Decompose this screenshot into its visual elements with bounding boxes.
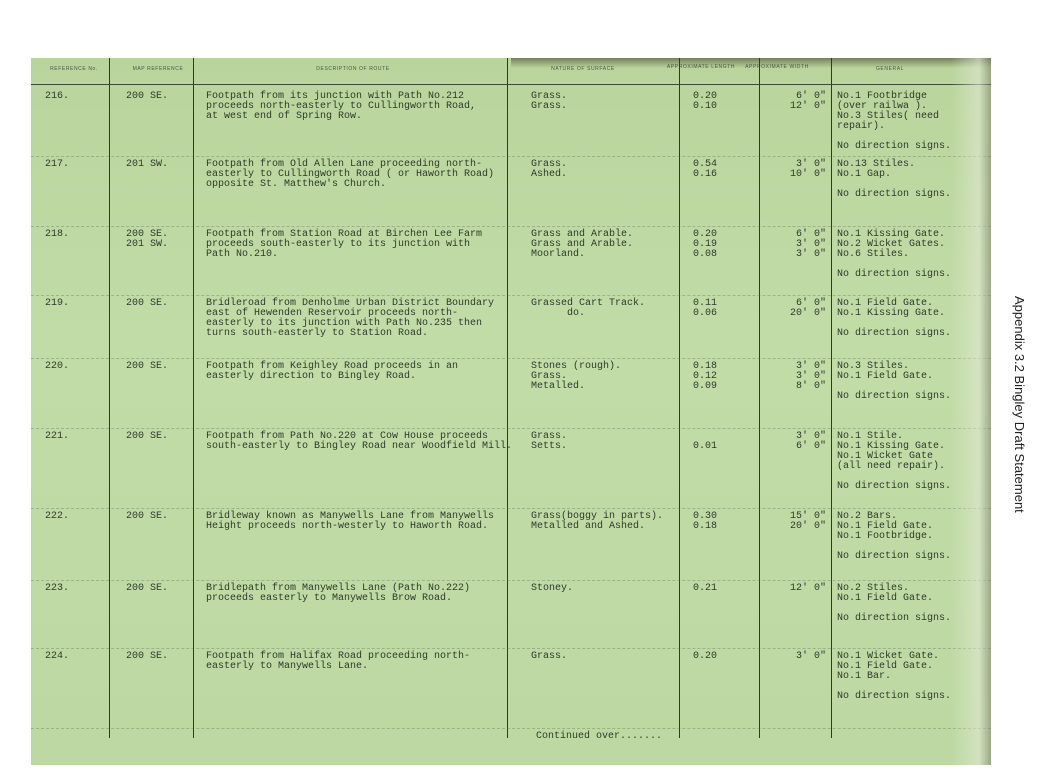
route-description: Bridleway known as Manywells Lane from M… — [206, 512, 494, 532]
reference-no: 221. — [45, 432, 69, 442]
table-row: 222.200 SE.Bridleway known as Manywells … — [31, 508, 991, 581]
header-surface: NATURE OF SURFACE — [503, 66, 663, 72]
width: 3' 0" — [768, 652, 826, 662]
route-description: Footpath from Keighley Road proceeds in … — [206, 362, 458, 382]
general-notes: No.2 Stiles. No.1 Field Gate. No directi… — [837, 584, 951, 624]
table-row: 223.200 SE.Bridlepath from Manywells Lan… — [31, 580, 991, 649]
table-row: 221.200 SE.Footpath from Path No.220 at … — [31, 428, 991, 509]
route-description: Footpath from Station Road at Birchen Le… — [206, 230, 482, 260]
reference-no: 224. — [45, 652, 69, 662]
continued-note: Continued over....... — [536, 731, 662, 742]
reference-no: 220. — [45, 362, 69, 372]
general-notes: No.1 Kissing Gate. No.2 Wicket Gates. No… — [837, 230, 951, 280]
table-row: 220.200 SE.Footpath from Keighley Road p… — [31, 358, 991, 429]
surface: Grass. Ashed. — [531, 160, 567, 180]
map-reference: 200 SE. — [126, 584, 168, 594]
width: 6' 0" 12' 0" — [768, 92, 826, 112]
header-reference-no: REFERENCE No. — [35, 66, 113, 72]
table-row: 216.200 SE.Footpath from its junction wi… — [31, 88, 991, 157]
width: 3' 0" 6' 0" — [768, 432, 826, 452]
general-notes: No.13 Stiles. No.1 Gap. No direction sig… — [837, 160, 951, 200]
reference-no: 218. — [45, 230, 69, 240]
header-description: DESCRIPTION OF ROUTE — [203, 66, 503, 72]
width: 6' 0" 20' 0" — [768, 299, 826, 319]
header-length: APPROXIMATE LENGTH — [663, 64, 739, 70]
reference-no: 217. — [45, 160, 69, 170]
route-description: Bridlepath from Manywells Lane (Path No.… — [206, 584, 470, 604]
reference-no: 216. — [45, 92, 69, 102]
map-reference: 200 SE. — [126, 92, 168, 102]
surface: Grass. Setts. — [531, 432, 567, 452]
map-reference: 200 SE. — [126, 362, 168, 372]
general-notes: No.3 Stiles. No.1 Field Gate. No directi… — [837, 362, 951, 402]
map-reference: 200 SE. 201 SW. — [126, 230, 168, 250]
general-notes: No.1 Wicket Gate. No.1 Field Gate. No.1 … — [837, 652, 951, 702]
length: 0.20 — [693, 652, 717, 662]
length: 0.20 0.10 — [693, 92, 717, 112]
document-page: REFERENCE No. MAP REFERENCE DESCRIPTION … — [31, 58, 991, 765]
page-curl — [951, 58, 991, 765]
appendix-label: Appendix 3.2 Bingley Draft Statement — [1007, 296, 1027, 546]
map-reference: 200 SE. — [126, 432, 168, 442]
width: 3' 0" 10' 0" — [768, 160, 826, 180]
general-notes: No.2 Bars. No.1 Field Gate. No.1 Footbri… — [837, 512, 951, 562]
header-map-reference: MAP REFERENCE — [113, 66, 203, 72]
map-reference: 201 SW. — [126, 160, 168, 170]
surface: Grass and Arable. Grass and Arable. Moor… — [531, 230, 633, 260]
surface: Stoney. — [531, 584, 573, 594]
reference-no: 222. — [45, 512, 69, 522]
header-width: APPROXIMATE WIDTH — [739, 64, 815, 70]
map-reference: 200 SE. — [126, 512, 168, 522]
table-row: 217.201 SW.Footpath from Old Allen Lane … — [31, 156, 991, 227]
table-row: 219.200 SE.Bridleroad from Denholme Urba… — [31, 295, 991, 359]
route-description: Footpath from Old Allen Lane proceeding … — [206, 160, 494, 190]
surface: Grass. — [531, 652, 567, 662]
length: 0.54 0.16 — [693, 160, 717, 180]
width: 3' 0" 3' 0" 8' 0" — [768, 362, 826, 392]
length: 0.21 — [693, 584, 717, 594]
length: 0.11 0.06 — [693, 299, 717, 319]
length: 0.20 0.19 0.08 — [693, 230, 717, 260]
route-description: Footpath from its junction with Path No.… — [206, 92, 476, 122]
surface: Grass(boggy in parts). Metalled and Ashe… — [531, 512, 663, 532]
width: 12' 0" — [768, 584, 826, 594]
width: 15' 0" 20' 0" — [768, 512, 826, 532]
table-row: 218.200 SE. 201 SW.Footpath from Station… — [31, 226, 991, 296]
general-notes: No.1 Footbridge (over railwa ). No.3 Sti… — [837, 92, 951, 152]
width: 6' 0" 3' 0" 3' 0" — [768, 230, 826, 260]
general-notes: No.1 Field Gate. No.1 Kissing Gate. No d… — [837, 299, 951, 339]
surface: Grass. Grass. — [531, 92, 567, 112]
table-row: 224.200 SE.Footpath from Halifax Road pr… — [31, 648, 991, 729]
table-header: REFERENCE No. MAP REFERENCE DESCRIPTION … — [31, 58, 991, 85]
reference-no: 223. — [45, 584, 69, 594]
length: 0.01 — [693, 432, 717, 452]
route-description: Footpath from Halifax Road proceeding no… — [206, 652, 470, 672]
route-description: Bridleroad from Denholme Urban District … — [206, 299, 494, 339]
surface: Grassed Cart Track. do. — [531, 299, 645, 319]
general-notes: No.1 Stile. No.1 Kissing Gate. No.1 Wick… — [837, 432, 951, 492]
surface: Stones (rough). Grass. Metalled. — [531, 362, 621, 392]
reference-no: 219. — [45, 299, 69, 309]
map-reference: 200 SE. — [126, 652, 168, 662]
header-general: GENERAL — [815, 66, 965, 72]
length: 0.30 0.18 — [693, 512, 717, 532]
map-reference: 200 SE. — [126, 299, 168, 309]
length: 0.18 0.12 0.09 — [693, 362, 717, 392]
route-description: Footpath from Path No.220 at Cow House p… — [206, 432, 512, 452]
